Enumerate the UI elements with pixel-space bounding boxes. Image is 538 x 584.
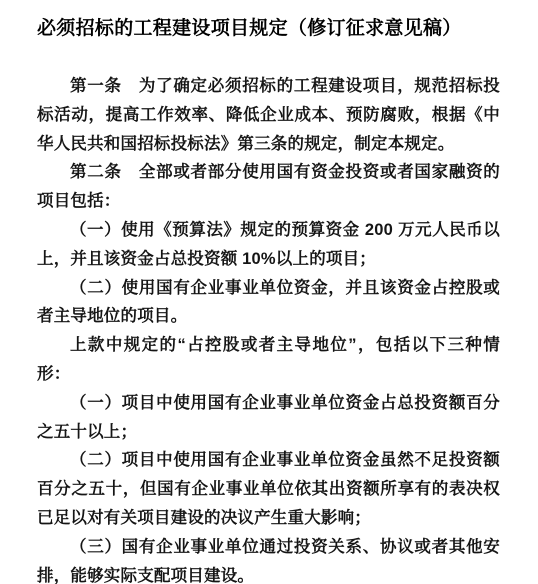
paragraph-situation-3: （三）国有企业事业单位通过投资关系、协议或者其他安排，能够实际支配项目建设。 [37,533,500,584]
paragraph-article-2-item-2: （二）使用国有企业事业单位资金，并且该资金占控股或者主导地位的项目。 [37,274,500,332]
paragraph-situation-2: （二）项目中使用国有企业事业单位资金虽然不足投资额百分之五十，但国有企业事业单位… [37,446,500,532]
document-page: 必须招标的工程建设项目规定（修订征求意见稿） 第一条 为了确定必须招标的工程建设… [0,0,538,584]
paragraph-article-2-item-1: （一）使用《预算法》规定的预算资金 200 万元人民币以上，并且该资金占总投资额… [37,216,500,274]
paragraph-controlling-position-intro: 上款中规定的“占控股或者主导地位”，包括以下三种情形： [37,331,500,389]
paragraph-article-1: 第一条 为了确定必须招标的工程建设项目，规范招标投标活动，提高工作效率、降低企业… [37,72,500,158]
document-title: 必须招标的工程建设项目规定（修订征求意见稿） [37,14,500,44]
paragraph-situation-1: （一）项目中使用国有企业事业单位资金占总投资额百分之五十以上； [37,389,500,447]
paragraph-article-2: 第二条 全部或者部分使用国有资金投资或者国家融资的项目包括： [37,158,500,216]
